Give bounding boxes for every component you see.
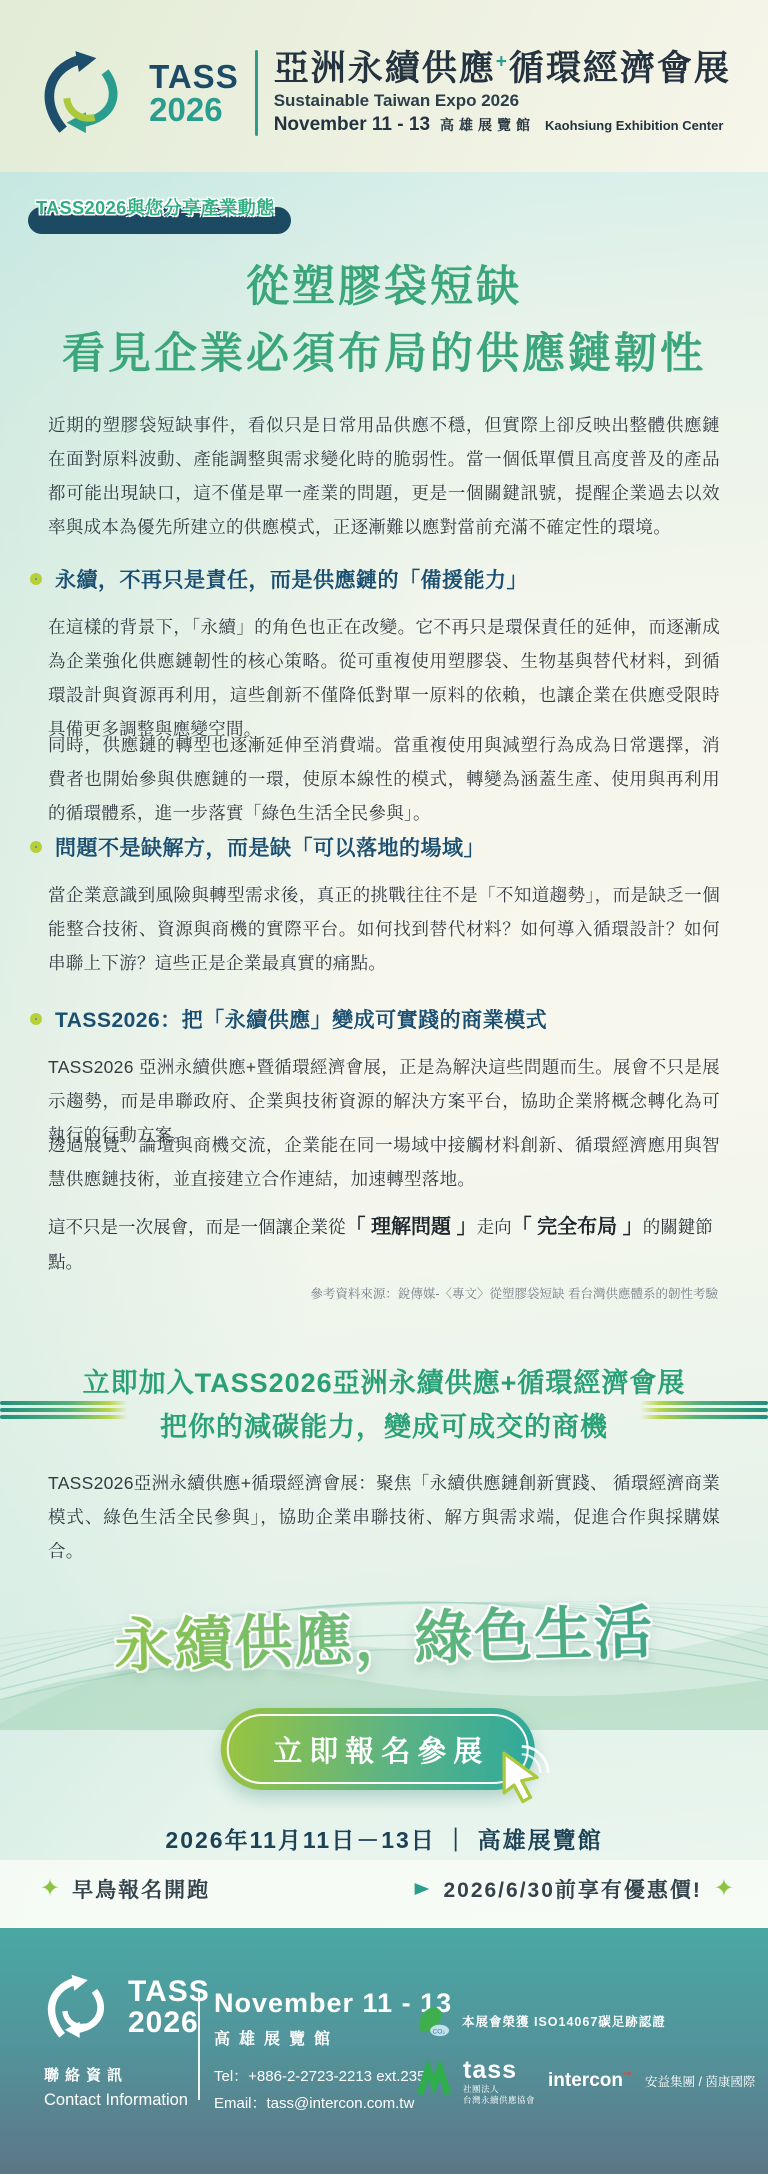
trademark-symbol: ™ [623,2071,632,2081]
iso-certification-row: CO₂ 本展會榮獲 ISO14067碳足跡認證 [414,2004,755,2038]
footer-certification-block: CO₂ 本展會榮獲 ISO14067碳足跡認證 tass 社團法人 台灣永續供應… [414,2004,755,2104]
page: TASS 2026 亞洲永續供應+循環經濟會展 Sustainable Taiw… [0,0,768,2174]
contact-label-cn: 聯絡資訊 [44,2064,188,2085]
header-date-row: November 11 - 13 高雄展覽館 Kaohsiung Exhibit… [274,114,731,136]
arrow-icon [222,1881,431,1897]
tass-association-sub2: 台灣永續供應協會 [463,2096,535,2105]
section-2-paragraph-1: 當企業意識到風險與轉型需求後，真正的挑戰往往不是「不知道趨勢」，而是缺乏一個能整… [48,878,720,980]
section-1-paragraph-2: 同時，供應鏈的轉型也逐漸延伸至消費端。當重複使用與減塑行為成為日常選擇，消費者也… [48,728,720,830]
bullet-icon [30,841,42,853]
bullet-icon [30,1013,42,1025]
header-venue-cn: 高雄展覽館 [440,115,535,135]
header-logo-block: TASS 2026 亞洲永續供應+循環經濟會展 Sustainable Taiw… [37,48,731,138]
keyline-part1: 這不只是一次展會，而是一個讓企業從 [48,1217,346,1237]
contact-label-en: Contact Information [44,2091,188,2110]
iso-leaf-icon: CO₂ [414,2004,452,2038]
news-badge: TASS2026與您分享產業動態 [36,194,275,220]
earlybird-label: 早鳥報名開跑 [72,1874,210,1904]
tass-association-block: tass 社團法人 台灣永續供應協會 [463,2058,535,2104]
earlybird-row: ✦ 早鳥報名開跑 2026/6/30前享有優惠價! ✦ [40,1874,734,1904]
sparkle-icon: ✦ [714,1877,734,1901]
register-button[interactable]: 立即報名參展 [221,1708,535,1790]
keyline-bold2: 「 完全布局 」 [512,1216,643,1238]
partner-companies: 安益集團 / 茵康國際 [645,2072,755,2090]
partners-row: tass 社團法人 台灣永續供應協會 intercon™ 安益集團 / 茵康國際 [414,2058,755,2104]
iso-certification-text: 本展會榮獲 ISO14067碳足跡認證 [462,2012,666,2030]
stripe-decoration-right [640,1398,768,1422]
reference-source: 參考資料來源：銳傳媒-〈專文〉從塑膠袋短缺 看台灣供應體系的韌性考驗 [50,1284,718,1302]
expo-title-right: 循環經濟會展 [509,49,731,88]
footer-tass-logo-icon [42,1972,116,2042]
cta-heading-line2: 把你的減碳能力，變成可成交的商機 [160,1412,608,1442]
logo-text: TASS 2026 [149,60,239,126]
earlybird-deadline: 2026/6/30前享有優惠價! [443,1874,701,1904]
footer-logo-block: TASS 2026 [42,1972,210,2042]
article-title: 從塑膠袋短缺 看見企業必須布局的供應鏈韌性 [0,254,768,387]
logo-2026: 2026 [149,93,239,126]
expo-title-left: 亞洲永續供應 [274,49,496,88]
keyline-part2: 走向 [477,1217,512,1237]
main-content: TASS2026與您分享產業動態 從塑膠袋短缺 看見企業必須布局的供應鏈韌性 近… [0,172,768,1928]
section-heading-2: 問題不是缺解方，而是缺「可以落地的場域」 [30,832,485,862]
tass-association-sub1: 社團法人 [463,2085,535,2094]
footer: TASS 2026 聯絡資訊 Contact Information Novem… [0,1928,768,2174]
tass-association-icon [414,2061,454,2101]
intro-paragraph: 近期的塑膠袋短缺事件，看似只是日常用品供應不穩，但實際上卻反映出整體供應鏈在面對… [48,408,720,545]
header-venue-en: Kaohsiung Exhibition Center [545,118,723,133]
section-3-title: TASS2026：把「永續供應」變成可實踐的商業模式 [55,1004,547,1034]
cursor-icon [489,1740,555,1806]
cta-heading-line1: 立即加入TASS2026亞洲永續供應+循環經濟會展 [83,1368,686,1398]
tass-association-word: tass [463,2058,535,2083]
footer-contact-block: 聯絡資訊 Contact Information [44,2064,188,2110]
event-date-line: 2026年11月11日－13日 ｜ 高雄展覽館 [0,1822,768,1855]
news-badge-label: TASS2026與您分享產業動態 [36,194,275,220]
header: TASS 2026 亞洲永續供應+循環經濟會展 Sustainable Taiw… [0,0,768,172]
article-title-line2: 看見企業必須布局的供應鏈韌性 [62,330,706,378]
footer-divider [198,1992,200,2100]
intercon-word: intercon [548,2070,623,2091]
key-takeaway-line: 這不只是一次展會，而是一個讓企業從「 理解問題 」走向「 完全布局 」的關鍵節點… [48,1208,720,1279]
expo-title-plus: + [496,51,509,72]
sparkle-icon: ✦ [40,1877,60,1901]
keyline-bold1: 「 理解問題 」 [346,1216,477,1238]
svg-text:CO₂: CO₂ [433,2028,446,2035]
section-heading-3: TASS2026：把「永續供應」變成可實踐的商業模式 [30,1004,547,1034]
logo-tass: TASS [149,60,239,93]
expo-title-cn: 亞洲永續供應+循環經濟會展 [274,50,731,89]
bullet-icon [30,573,42,585]
section-1-title: 永續，不再只是責任，而是供應鏈的「備援能力」 [55,564,528,594]
tass-logo-icon [37,48,133,138]
register-button-label: 立即報名參展 [266,1736,489,1768]
section-3-paragraph-2: 透過展覽、論壇與商機交流，企業能在同一場域中接觸材料創新、循環經濟應用與智慧供應… [48,1128,720,1196]
article-title-line1: 從塑膠袋短缺 [246,263,522,311]
section-2-title: 問題不是缺解方，而是缺「可以落地的場域」 [55,832,485,862]
intercon-logo: intercon™ [548,2070,632,2092]
header-date: November 11 - 13 [274,114,430,136]
header-title-block: 亞洲永續供應+循環經濟會展 Sustainable Taiwan Expo 20… [274,50,731,137]
expo-subtitle-en: Sustainable Taiwan Expo 2026 [274,91,731,111]
stripe-decoration-left [0,1398,128,1422]
section-1-paragraph-1: 在這樣的背景下，「永續」的角色也正在改變。它不再只是環保責任的延伸，而逐漸成為企… [48,610,720,747]
header-divider [255,50,258,136]
section-heading-1: 永續，不再只是責任，而是供應鏈的「備援能力」 [30,564,528,594]
